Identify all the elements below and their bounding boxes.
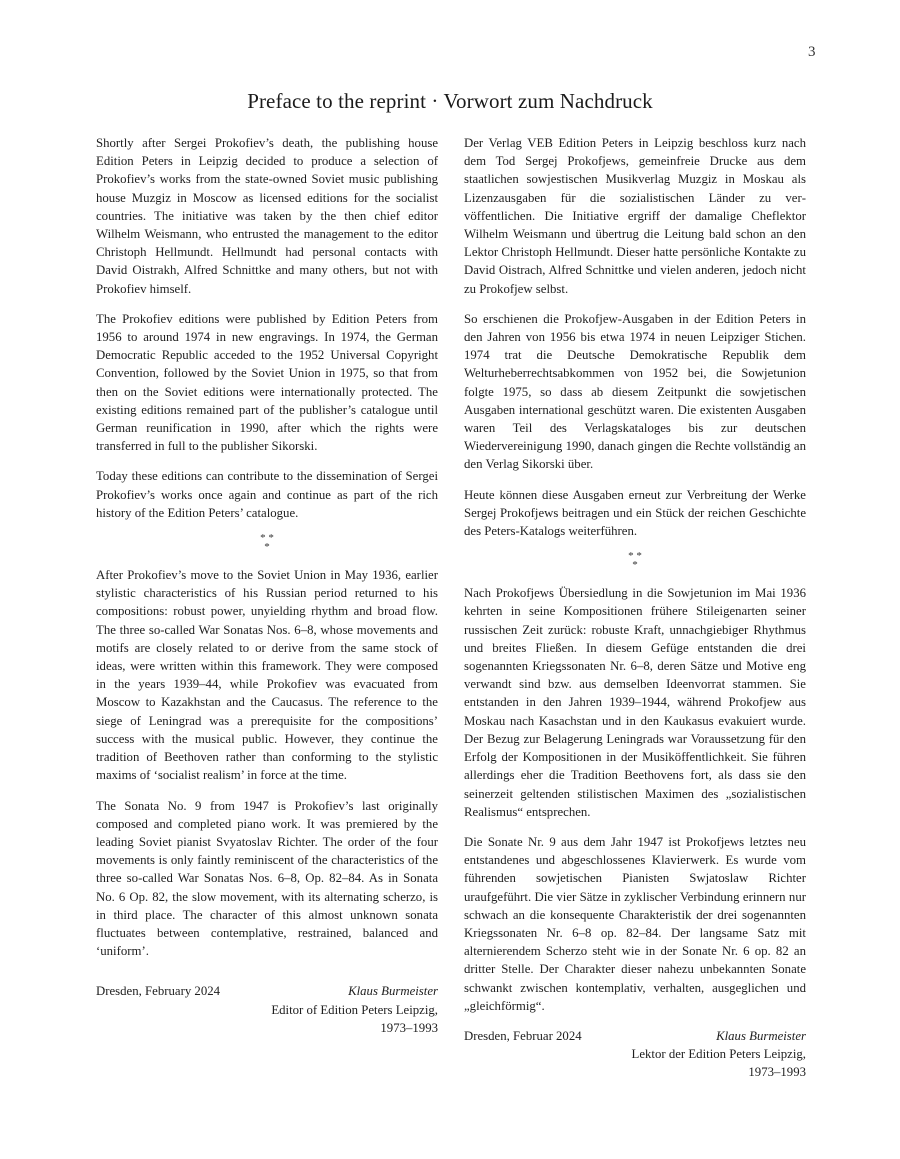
page-number: 3 (808, 44, 816, 61)
de-signature-block: Dresden, Februar 2024 Klaus Burmeister L… (464, 1027, 806, 1082)
de-paragraph-5: Die Sonate Nr. 9 aus dem Jahr 1947 ist P… (464, 833, 806, 1015)
de-paragraph-3: Heute können diese Ausgaben erneut zur V… (464, 486, 806, 541)
german-column: Der Verlag VEB Edition Peters in Leipzig… (464, 134, 806, 1082)
de-paragraph-4: Nach Prokofjews Übersiedlung in die Sowj… (464, 584, 806, 821)
en-author-years: 1973–1993 (96, 1019, 438, 1037)
en-paragraph-4: After Prokofiev’s move to the Soviet Uni… (96, 566, 438, 784)
en-place-date: Dresden, February 2024 (96, 982, 220, 1000)
en-paragraph-3: Today these editions can contribute to t… (96, 467, 438, 522)
en-paragraph-5: The Sonata No. 9 from 1947 is Prokofiev’… (96, 797, 438, 961)
en-paragraph-1: Shortly after Sergei Prokofiev’s death, … (96, 134, 438, 298)
page-title: Preface to the reprint · Vorwort zum Nac… (0, 89, 900, 114)
asterism-separator-icon: * ** (96, 534, 438, 554)
de-paragraph-1: Der Verlag VEB Edition Peters in Leipzig… (464, 134, 806, 298)
asterism-separator-icon: * ** (464, 552, 806, 572)
en-paragraph-2: The Prokofiev editions were published by… (96, 310, 438, 456)
de-author-name: Klaus Burmeister (716, 1027, 806, 1045)
de-paragraph-2: So erschienen die Prokofjew-Ausgaben in … (464, 310, 806, 474)
de-author-role: Lektor der Edition Peters Leipzig, (464, 1045, 806, 1063)
en-author-name: Klaus Burmeister (348, 982, 438, 1000)
en-signature-block: Dresden, February 2024 Klaus Burmeister … (96, 982, 438, 1037)
de-author-years: 1973–1993 (464, 1063, 806, 1081)
english-column: Shortly after Sergei Prokofiev’s death, … (96, 134, 438, 1082)
de-place-date: Dresden, Februar 2024 (464, 1027, 582, 1045)
two-column-body: Shortly after Sergei Prokofiev’s death, … (96, 134, 806, 1082)
en-author-role: Editor of Edition Peters Leipzig, (96, 1001, 438, 1019)
